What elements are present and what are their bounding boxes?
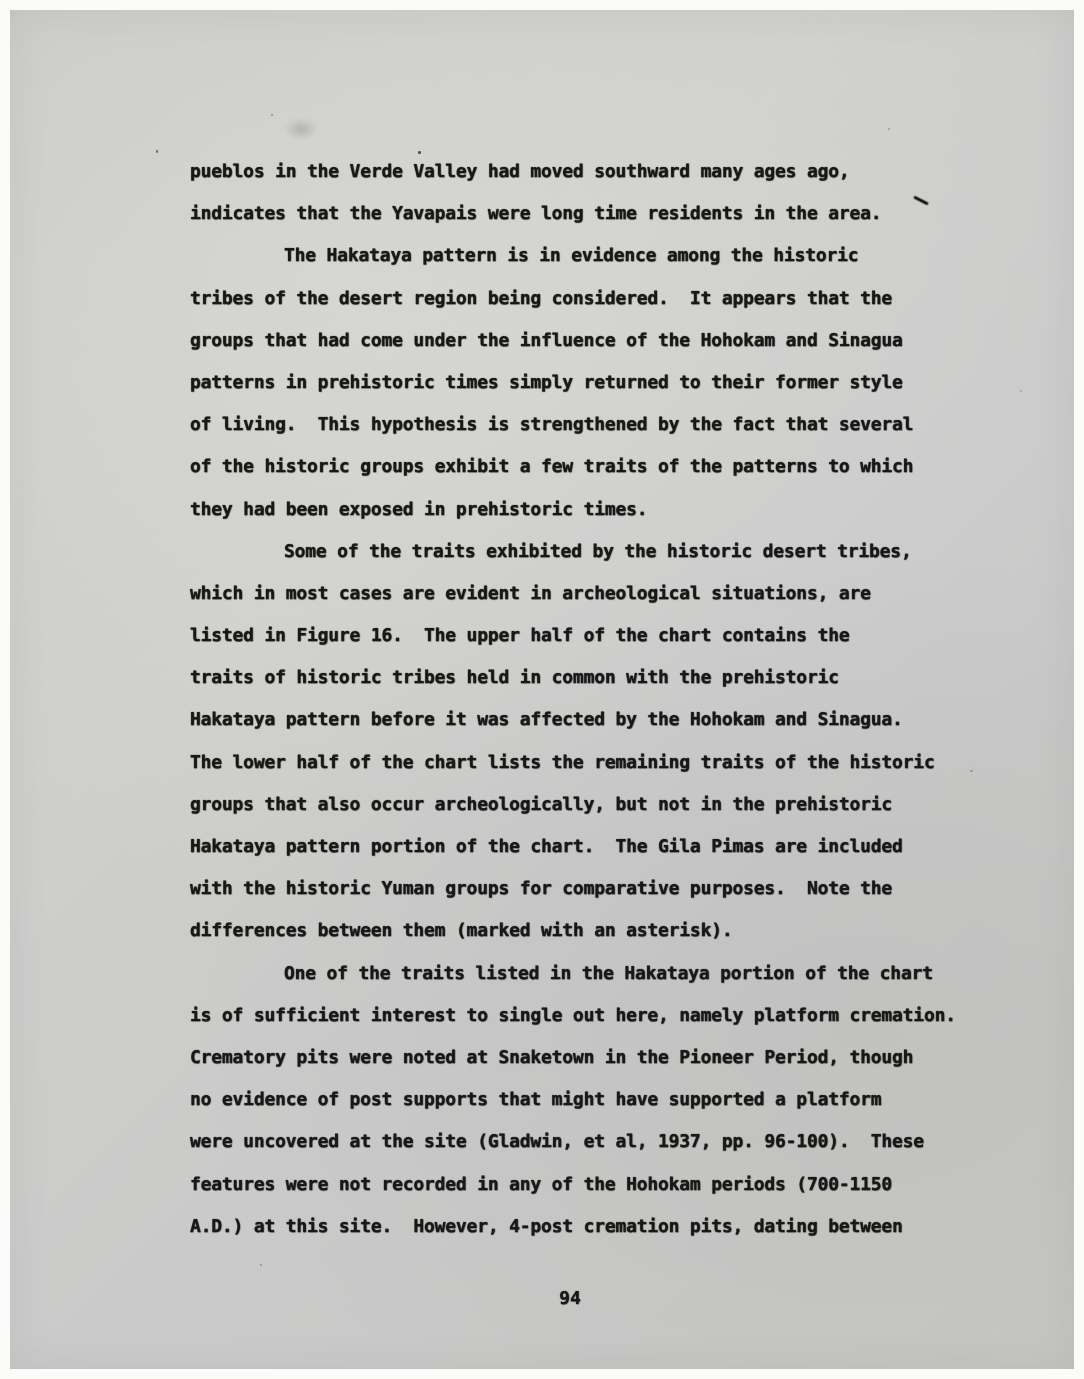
scan-speck <box>888 128 890 130</box>
text-line: features were not recorded in any of the… <box>190 1164 980 1206</box>
text-line: One of the traits listed in the Hakataya… <box>190 953 980 995</box>
paper-background: pueblos in the Verde Valley had moved so… <box>10 10 1074 1369</box>
text-line: A.D.) at this site. However, 4-post crem… <box>190 1206 980 1248</box>
text-line: differences between them (marked with an… <box>190 910 980 952</box>
text-line: were uncovered at the site (Gladwin, et … <box>190 1121 980 1163</box>
scan-speck <box>271 114 273 116</box>
text-line: they had been exposed in prehistoric tim… <box>190 489 980 531</box>
text-line: Hakataya pattern before it was affected … <box>190 699 980 741</box>
text-line: Hakataya pattern portion of the chart. T… <box>190 826 980 868</box>
text-line: is of sufficient interest to single out … <box>190 995 980 1037</box>
smudge-mark <box>284 118 318 140</box>
text-line: tribes of the desert region being consid… <box>190 278 980 320</box>
scan-speck <box>1020 390 1022 392</box>
scan-frame: pueblos in the Verde Valley had moved so… <box>0 0 1084 1379</box>
page-number: 94 <box>190 1278 950 1320</box>
text-line: indicates that the Yavapais were long ti… <box>190 193 980 235</box>
text-line: traits of historic tribes held in common… <box>190 657 980 699</box>
text-line: of living. This hypothesis is strengthen… <box>190 404 980 446</box>
text-line: which in most cases are evident in arche… <box>190 573 980 615</box>
text-line: The lower half of the chart lists the re… <box>190 742 980 784</box>
scan-speck <box>260 1264 262 1266</box>
text-line: Some of the traits exhibited by the hist… <box>190 531 980 573</box>
text-line: listed in Figure 16. The upper half of t… <box>190 615 980 657</box>
text-line: groups that had come under the influence… <box>190 320 980 362</box>
text-line: groups that also occur archeologically, … <box>190 784 980 826</box>
body-text: pueblos in the Verde Valley had moved so… <box>190 151 980 1248</box>
text-line: patterns in prehistoric times simply ret… <box>190 362 980 404</box>
text-line: Crematory pits were noted at Snaketown i… <box>190 1037 980 1079</box>
text-line: with the historic Yuman groups for compa… <box>190 868 980 910</box>
text-line: no evidence of post supports that might … <box>190 1079 980 1121</box>
text-line: of the historic groups exhibit a few tra… <box>190 446 980 488</box>
text-line: The Hakataya pattern is in evidence amon… <box>190 235 980 277</box>
text-line: pueblos in the Verde Valley had moved so… <box>190 151 980 193</box>
scan-speck <box>156 150 158 153</box>
